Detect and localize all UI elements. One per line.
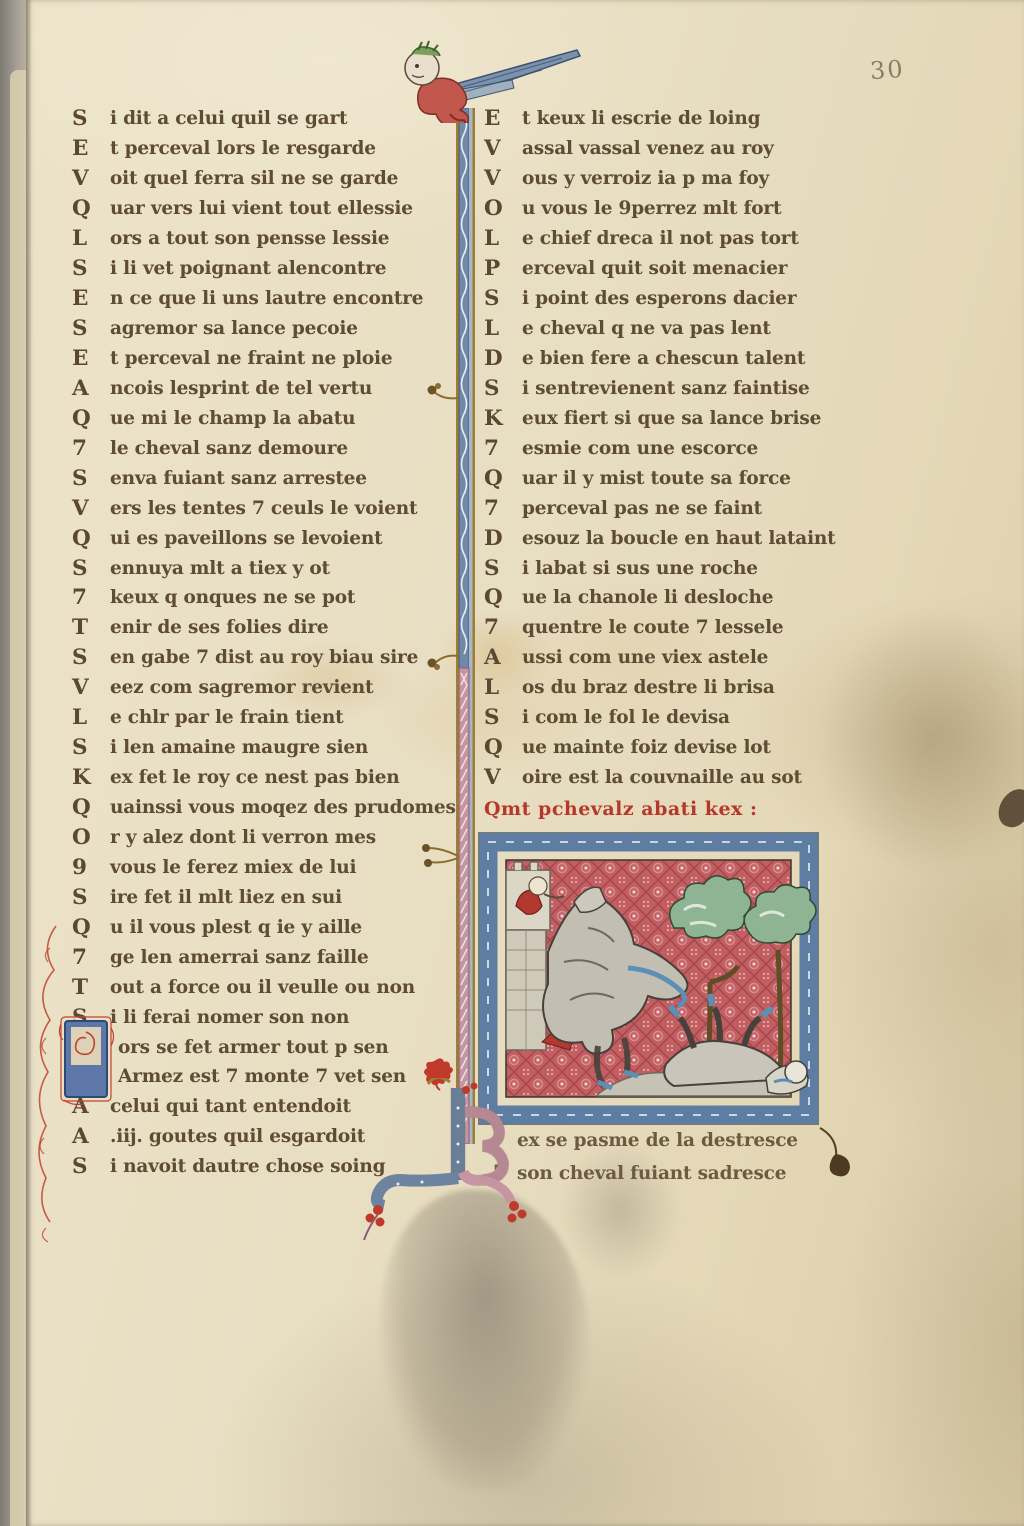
verse-initial: S	[484, 286, 522, 311]
verse-text: u il vous plest q ie y aille	[110, 917, 362, 938]
verse-line: Lors a tout son pensse lessie	[72, 224, 456, 254]
margin-flourish	[26, 918, 90, 1272]
verse-text: i len amaine maugre sien	[110, 737, 368, 758]
verse-initial: A	[72, 376, 110, 401]
verse-initial: S	[484, 705, 522, 730]
verse-line: Le cheval q ne va pas lent	[484, 314, 836, 344]
right-text-column: Et keux li escrie de loingVassal vassal …	[484, 104, 836, 793]
verse-text: celui qui tant entendoit	[110, 1096, 351, 1117]
verse-initial: E	[72, 286, 110, 311]
verse-text: eez com sagremor revient	[110, 677, 373, 698]
verse-line: Qui es paveillons se levoient	[72, 523, 456, 553]
verse-initial: S	[72, 106, 110, 131]
verse-line: Sagremor sa lance pecoie	[72, 314, 456, 344]
verse-text: enir de ses folies dire	[110, 617, 328, 638]
left-text-column: Si dit a celui quil se gartEt perceval l…	[72, 104, 456, 1182]
verse-text: i point des esperons dacier	[522, 288, 796, 309]
verse-text: ors se fet armer tout p sen	[118, 1037, 388, 1058]
verse-initial: S	[484, 556, 522, 581]
ivy-leaf	[424, 646, 460, 676]
verse-text: ennuya mlt a tiex y ot	[110, 558, 330, 579]
verse-line: Senva fuiant sanz arrestee	[72, 463, 456, 493]
verse-initial: L	[484, 675, 522, 700]
verse-text: e chief dreca il not pas tort	[522, 228, 799, 249]
verse-text: eux fiert si que sa lance brise	[522, 408, 821, 429]
verse-initial: O	[72, 825, 110, 850]
verse-text: agremor sa lance pecoie	[110, 318, 358, 339]
verse-initial: S	[72, 556, 110, 581]
verse-line: Si li ferai nomer son non	[72, 1002, 456, 1032]
bar-border	[453, 108, 479, 1148]
grotesque-creature	[392, 28, 592, 127]
verse-initial: Q	[484, 466, 522, 491]
verse-line: 9vous le ferez miex de lui	[72, 852, 456, 882]
verse-text: ous y verroiz ia p ma foy	[522, 168, 769, 189]
verse-text: i li ferai nomer son non	[110, 1007, 349, 1028]
verse-line: Sire fet il mlt liez en sui	[72, 882, 456, 912]
verse-initial: S	[72, 316, 110, 341]
verse-text: i navoit dautre chose soing	[110, 1156, 385, 1177]
verse-line: Los du braz destre li brisa	[484, 673, 836, 703]
verse-initial: S	[72, 645, 110, 670]
verse-line: Vous y verroiz ia p ma foy	[484, 164, 836, 194]
verse-line: Le chief dreca il not pas tort	[484, 224, 836, 254]
verse-line: Si com le fol le devisa	[484, 703, 836, 733]
verse-text: uainssi vous moqez des prudomes	[110, 797, 456, 818]
verse-line: 7le cheval sanz demoure	[72, 433, 456, 463]
verse-initial: Q	[484, 585, 522, 610]
verse-line: Si labat si sus une roche	[484, 553, 836, 583]
verse-text: e cheval q ne va pas lent	[522, 318, 771, 339]
ivy-leaf	[424, 380, 460, 410]
verse-line: Sennuya mlt a tiex y ot	[72, 553, 456, 583]
verse-initial: V	[484, 136, 522, 161]
verse-initial: V	[72, 496, 110, 521]
verse-initial: L	[72, 705, 110, 730]
verse-text: ors a tout son pensse lessie	[110, 228, 389, 249]
verse-initial: V	[484, 765, 522, 790]
verse-text: en gabe 7 dist au roy biau sire	[110, 647, 418, 668]
verse-initial: Q	[72, 406, 110, 431]
verse-text: esouz la boucle en haut lataint	[522, 528, 836, 549]
verse-line: Perceval quit soit menacier	[484, 254, 836, 284]
verse-initial: K	[484, 406, 522, 431]
verse-line: 7quentre le coute 7 lessele	[484, 613, 836, 643]
verse-text: ers les tentes 7 ceuls le voient	[110, 498, 417, 519]
verse-line: Qu il vous plest q ie y aille	[72, 912, 456, 942]
verse-initial: D	[484, 346, 522, 371]
verse-text: ue mainte foiz devise lot	[522, 737, 771, 758]
verse-initial: O	[484, 196, 522, 221]
verse-line: Ancois lesprint de tel vertu	[72, 373, 456, 403]
verse-line: Voit quel ferra sil ne se garde	[72, 164, 456, 194]
verse-initial: T	[72, 615, 110, 640]
verse-line: Quar vers lui vient tout ellessie	[72, 194, 456, 224]
verse-text: le cheval sanz demoure	[110, 438, 348, 459]
verse-text: t perceval ne fraint ne ploie	[110, 348, 392, 369]
verse-text: perceval pas ne se faint	[522, 498, 762, 519]
verse-text: uar il y mist toute sa force	[522, 468, 791, 489]
verse-initial: 7	[484, 615, 522, 640]
verse-initial: V	[72, 675, 110, 700]
verse-initial: L	[484, 226, 522, 251]
verse-text: u vous le 9perrez mlt fort	[522, 198, 781, 219]
verse-text: n ce que li uns lautre encontre	[110, 288, 423, 309]
verse-line: 7keux q onques ne se pot	[72, 583, 456, 613]
verse-initial: V	[72, 166, 110, 191]
verse-text: ussi com une viex astele	[522, 647, 768, 668]
verse-text: vous le ferez miex de lui	[110, 857, 356, 878]
verse-text: ui es paveillons se levoient	[110, 528, 382, 549]
verse-initial: 9	[72, 855, 110, 880]
verse-line: Tenir de ses folies dire	[72, 613, 456, 643]
verse-text: ire fet il mlt liez en sui	[110, 887, 342, 908]
verse-initial: Q	[484, 735, 522, 760]
verse-text: ge len amerrai sanz faille	[110, 947, 369, 968]
verse-line: Si li vet poignant alencontre	[72, 254, 456, 284]
parchment-left-edge	[26, 0, 32, 1526]
verse-text: i labat si sus une roche	[522, 558, 758, 579]
verse-initial: L	[484, 316, 522, 341]
verse-line: Que la chanole li desloche	[484, 583, 836, 613]
verse-line: Desouz la boucle en haut lataint	[484, 523, 836, 553]
verse-initial: E	[72, 136, 110, 161]
verse-line: Le chlr par le frain tient	[72, 703, 456, 733]
verse-text: i com le fol le devisa	[522, 707, 730, 728]
rubric-line: Qmt pchevalz abati kex :	[484, 798, 758, 820]
verse-initial: Q	[72, 795, 110, 820]
verse-line: Kex fet le roy ce nest pas bien	[72, 763, 456, 793]
verse-initial: Q	[72, 526, 110, 551]
verse-initial: 7	[72, 585, 110, 610]
verse-line: 7esmie com une escorce	[484, 433, 836, 463]
verse-line: 7son cheval fuiant sadresce	[493, 1157, 798, 1190]
verse-text: uar vers lui vient tout ellessie	[110, 198, 413, 219]
verse-line: Quainssi vous moqez des prudomes	[72, 793, 456, 823]
verse-initial: V	[484, 166, 522, 191]
verse-text: i sentrevienent sanz faintise	[522, 378, 810, 399]
verse-text: esmie com une escorce	[522, 438, 758, 459]
verse-text: .iij. goutes quil esgardoit	[110, 1126, 365, 1147]
verse-line: Tout a force ou il veulle ou non	[72, 972, 456, 1002]
verse-text: ex fet le roy ce nest pas bien	[110, 767, 400, 788]
verse-line: Keux fiert si que sa lance brise	[484, 403, 836, 433]
verse-text: r y alez dont li verron mes	[110, 827, 376, 848]
verse-line: ors se fet armer tout p sen	[72, 1032, 456, 1062]
verse-line: Quar il y mist toute sa force	[484, 463, 836, 493]
verse-text: son cheval fuiant sadresce	[517, 1163, 786, 1184]
verse-text: oit quel ferra sil ne se garde	[110, 168, 398, 189]
verse-initial: S	[72, 466, 110, 491]
verse-line: 7perceval pas ne se faint	[484, 493, 836, 523]
verse-line: Si sentrevienent sanz faintise	[484, 373, 836, 403]
verse-initial: D	[484, 526, 522, 551]
verse-initial: S	[484, 376, 522, 401]
verse-line: Vers les tentes 7 ceuls le voient	[72, 493, 456, 523]
verse-line: Et perceval ne fraint ne ploie	[72, 344, 456, 374]
verse-initial: 7	[484, 436, 522, 461]
verse-text: e chlr par le frain tient	[110, 707, 343, 728]
verse-initial: A	[484, 645, 522, 670]
verse-initial: Q	[72, 196, 110, 221]
verse-line: Si len amaine maugre sien	[72, 733, 456, 763]
verse-initial: 7	[72, 436, 110, 461]
verse-line: Or y alez dont li verron mes	[72, 823, 456, 853]
verse-text: assal vassal venez au roy	[522, 138, 774, 159]
verse-text: i li vet poignant alencontre	[110, 258, 386, 279]
verse-initial: P	[484, 256, 522, 281]
folio-number: 30	[869, 55, 905, 85]
decorated-initial-K	[362, 1078, 537, 1262]
verse-initial: E	[72, 346, 110, 371]
ivy-leaf	[418, 840, 460, 874]
verse-line: Que mi le champ la abatu	[72, 403, 456, 433]
verse-text: keux q onques ne se pot	[110, 587, 355, 608]
verse-line: Si point des esperons dacier	[484, 284, 836, 314]
verse-text: e bien fere a chescun talent	[522, 348, 805, 369]
verse-text: out a force ou il veulle ou non	[110, 977, 415, 998]
verse-initial: 7	[484, 496, 522, 521]
verse-text: i dit a celui quil se gart	[110, 108, 347, 129]
verse-line: En ce que li uns lautre encontre	[72, 284, 456, 314]
verse-initial: S	[72, 885, 110, 910]
verse-initial: S	[72, 256, 110, 281]
verse-initial: L	[72, 226, 110, 251]
verse-line: De bien fere a chescun talent	[484, 344, 836, 374]
verse-line: Sen gabe 7 dist au roy biau sire	[72, 643, 456, 673]
verse-line: Voire est la couvnaille au sot	[484, 763, 836, 793]
verse-initial: S	[72, 735, 110, 760]
verse-line: Et perceval lors le resgarde	[72, 134, 456, 164]
verse-text: ue la chanole li desloche	[522, 587, 773, 608]
verse-text: ue mi le champ la abatu	[110, 408, 355, 429]
verse-line: Vassal vassal venez au roy	[484, 134, 836, 164]
verse-text: ex se pasme de la destresce	[517, 1130, 798, 1151]
manuscript-page: { "folio": { "number": "30" }, "colors":…	[0, 0, 1024, 1526]
verse-text: ncois lesprint de tel vertu	[110, 378, 372, 399]
verse-text: os du braz destre li brisa	[522, 677, 775, 698]
verse-text: oire est la couvnaille au sot	[522, 767, 802, 788]
verse-line: Veez com sagremor revient	[72, 673, 456, 703]
verse-line: Aussi com une viex astele	[484, 643, 836, 673]
verse-line: Ou vous le 9perrez mlt fort	[484, 194, 836, 224]
verse-line: Que mainte foiz devise lot	[484, 733, 836, 763]
verse-text: quentre le coute 7 lessele	[522, 617, 783, 638]
verse-text: t perceval lors le resgarde	[110, 138, 376, 159]
verse-text: enva fuiant sanz arrestee	[110, 468, 367, 489]
verse-initial: K	[72, 765, 110, 790]
verse-line: 7ge len amerrai sanz faille	[72, 942, 456, 972]
verse-text: erceval quit soit menacier	[522, 258, 787, 279]
ivy-leaf	[818, 1124, 858, 1184]
